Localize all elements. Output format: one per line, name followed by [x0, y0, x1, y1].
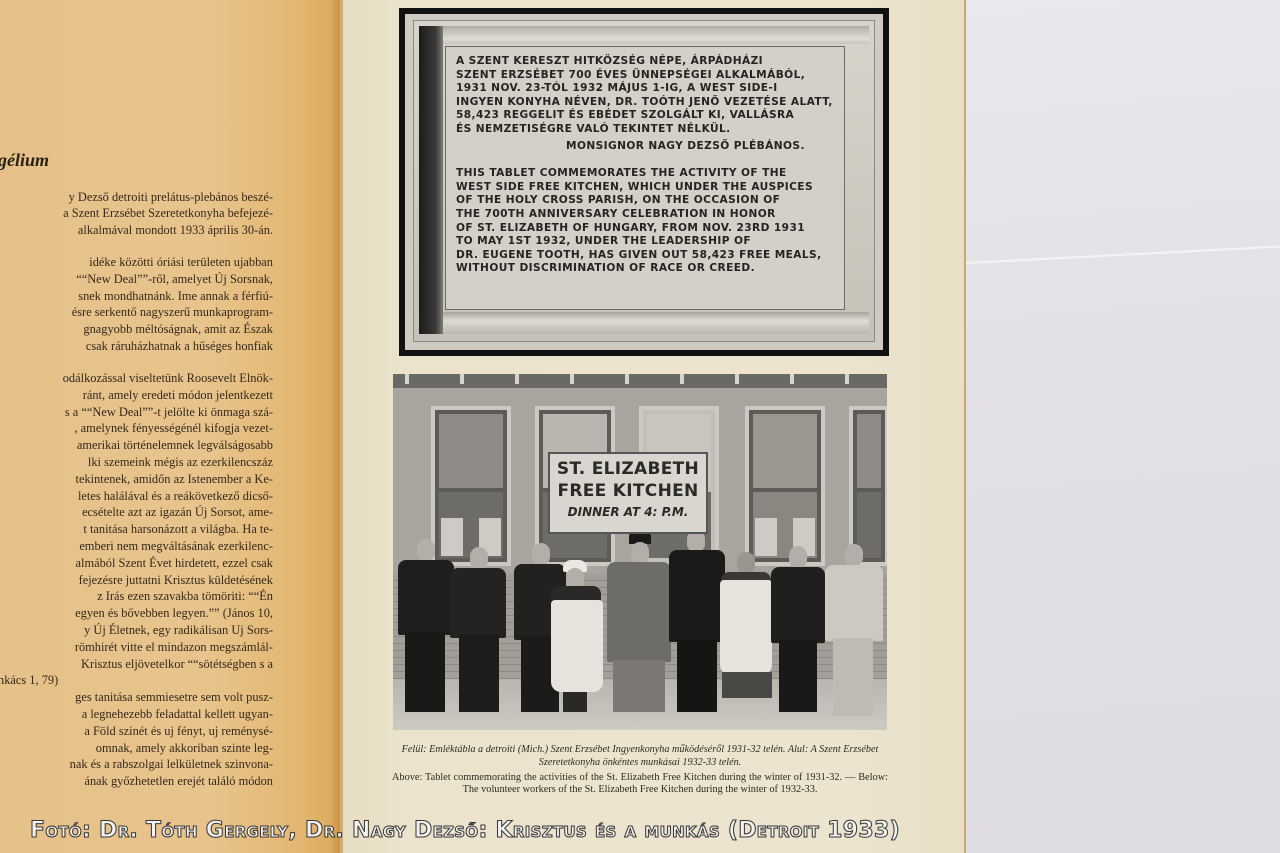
trousers	[779, 640, 817, 712]
paragraph-1: idéke közötti óriási területen ujabban “…	[0, 254, 273, 355]
window	[745, 406, 825, 566]
paper-crease	[966, 246, 1280, 264]
kitchen-sign: ST. ELIZABETH FREE KITCHEN DINNER AT 4: …	[548, 452, 708, 534]
inscription-line: OF ST. ELIZABETH OF HUNGARY, FROM NOV. 2…	[456, 222, 834, 236]
text-line: z Irás ezen szavakba tömöriti: ““Én	[0, 588, 273, 605]
text-line: , amelynek fényességénél kifogja vezet-	[0, 420, 273, 437]
text-line: gnagyobb méltóságnak, amit az Észak	[0, 321, 273, 338]
rafter	[460, 374, 464, 384]
window	[431, 406, 511, 566]
head	[417, 539, 435, 561]
window	[849, 406, 887, 566]
text-line: y Dezső detroiti prelátus-plebános beszé…	[0, 189, 273, 205]
legs	[563, 692, 587, 712]
curtain	[441, 518, 463, 556]
inscription-signature: MONSIGNOR NAGY DEZSŐ PLÉBÁNOS.	[456, 140, 834, 154]
text-line: egyen és bővebben legyen.”” (János 10,	[0, 605, 273, 622]
inscription-line: 58,423 REGGELIT ÉS EBÉDET SZOLGÁLT KI, V…	[456, 109, 834, 123]
cassock	[613, 660, 665, 712]
text-line: alkalmával mondott 1933 április 30-án.	[0, 222, 273, 238]
apron	[720, 580, 772, 675]
text-line: ának győzhetetlen erejét találó módon	[0, 773, 273, 790]
skirt	[722, 672, 772, 698]
text-line: ““New Deal””-ről, amelyet Új Sorsnak,	[0, 271, 273, 288]
text-line: a legnehezebb feladattal kellett ugyan-	[0, 706, 273, 723]
vestment	[607, 562, 671, 662]
page-edge	[332, 0, 340, 853]
text-line: ges tanitása semmiesetre sem volt pusz-	[0, 689, 273, 706]
text-line: odálkozással viseltetünk Roosevelt Elnök…	[0, 370, 273, 387]
head	[737, 552, 755, 574]
text-line: römhirét vitte el mindazon megszámlál-	[0, 639, 273, 656]
inscription-line: WITHOUT DISCRIMINATION OF RACE OR CREED.	[456, 262, 834, 276]
sign-line-1: ST. ELIZABETH	[550, 458, 706, 480]
text-line: emberi nem megváltásának ezerkilenc-	[0, 538, 273, 555]
page-gutter	[340, 0, 343, 853]
inscription-line: 1931 NOV. 23-TÓL 1932 MÁJUS 1-IG, A WEST…	[456, 82, 834, 96]
inscription-line: INGYEN KONYHA NÉVEN, DR. TOÓTH JENŐ VEZE…	[456, 96, 834, 110]
rafter	[735, 374, 739, 384]
text-line: t tanitása harsonázott a világba. Ha te-	[0, 521, 273, 538]
rafter	[570, 374, 574, 384]
inscription-line: DR. EUGENE TOOTH, HAS GIVEN OUT 58,423 F…	[456, 249, 834, 263]
trousers	[405, 632, 445, 712]
text-line: fejezésre juttatni Krisztus küldetésének	[0, 572, 273, 589]
inscription-line: THIS TABLET COMMEMORATES THE ACTIVITY OF…	[456, 167, 834, 181]
text-line: omnak, amely akkoriban szinte leg-	[0, 740, 273, 757]
text-line: letes halálával és a reákövetkező dicső-	[0, 488, 273, 505]
head	[845, 544, 863, 566]
section-heading: gélium	[0, 150, 49, 171]
text-line: idéke közötti óriási területen ujabban	[0, 254, 273, 271]
window-pane	[439, 414, 503, 488]
text-line: a Szent Erzsébet Szeretetkonyha befejezé…	[0, 205, 273, 221]
light-suit	[825, 565, 883, 641]
rafter	[515, 374, 519, 384]
sign-line-2: FREE KITCHEN	[550, 480, 706, 502]
paragraph-2: odálkozással viseltetünk Roosevelt Elnök…	[0, 370, 273, 790]
trousers	[459, 634, 499, 712]
volunteers-photograph	[393, 374, 887, 730]
roof-eave	[393, 374, 887, 388]
text-line: tekintenek, amidőn az Istenember a Ke-	[0, 471, 273, 488]
window-pane	[753, 414, 817, 488]
rafter	[790, 374, 794, 384]
spacer	[456, 153, 834, 167]
text-line: nkács 1, 79)	[0, 672, 273, 689]
head	[470, 547, 488, 569]
intro-text: y Dezső detroiti prelátus-plebános beszé…	[0, 189, 273, 238]
left-page: gélium y Dezső detroiti prelátus-plebáno…	[0, 0, 340, 853]
inscription-line: OF THE HOLY CROSS PARISH, ON THE OCCASIO…	[456, 194, 834, 208]
text-line: ránt, amely eredeti módon jelentkezett	[0, 387, 273, 404]
sign-line-3: DINNER AT 4: P.M.	[550, 502, 706, 522]
text-line: Krisztus eljövetelkor ““sötétségben s a	[0, 656, 273, 673]
inscription-line: THE 700TH ANNIVERSARY CELEBRATION IN HON…	[456, 208, 834, 222]
text-line: csak ráruházhatnak a hűséges honfiak	[0, 338, 273, 355]
text-line: ésre serkentő nagyszerű munkaprogram-	[0, 304, 273, 321]
caption-hungarian: Felül: Emléktábla a detroiti (Mich.) Sze…	[392, 744, 888, 770]
head	[631, 542, 649, 564]
text-line: nak és a rabszolgai lelkületnek szinvona…	[0, 756, 273, 773]
photo-caption: Felül: Emléktábla a detroiti (Mich.) Sze…	[392, 744, 888, 796]
text-line: y Új Életnek, egy radikálisan Uj Sors-	[0, 622, 273, 639]
rafter	[625, 374, 629, 384]
trousers	[833, 638, 873, 716]
rafter	[405, 374, 409, 384]
caption-english: Above: Tablet commemorating the activiti…	[392, 772, 888, 797]
apron	[551, 600, 603, 692]
frame-bevel	[419, 26, 869, 44]
frame-shadow	[419, 26, 443, 334]
rafter	[680, 374, 684, 384]
text-line: ecsételte azt az igazán Új Sorsot, ame-	[0, 504, 273, 521]
text-line: amerikai történelemnek legválságosabb	[0, 437, 273, 454]
suit	[771, 567, 825, 643]
tablet-frame: A SZENT KERESZT HITKÖZSÉG NÉPE, ÁRPÁDHÁZ…	[405, 14, 883, 350]
text-line: lki szemeink mégis az ezerkilencszáz	[0, 454, 273, 471]
background-surface	[966, 0, 1280, 853]
text-line: s a ““New Deal””-t jelölte ki önmaga szá…	[0, 404, 273, 421]
tablet-photograph: A SZENT KERESZT HITKÖZSÉG NÉPE, ÁRPÁDHÁZ…	[399, 8, 889, 356]
head	[789, 546, 807, 568]
inscription-line: A SZENT KERESZT HITKÖZSÉG NÉPE, ÁRPÁDHÁZ…	[456, 55, 834, 69]
text-line: snek mondhatnánk. Ime annak a férfiú-	[0, 288, 273, 305]
rafter	[845, 374, 849, 384]
curtain	[755, 518, 777, 556]
text-line: almából Szent Évet hirdetett, ezzel csak	[0, 555, 273, 572]
photo-credit: Fotó: Dr. Tóth Gergely, Dr. Nagy Dezső: …	[30, 818, 1270, 843]
suit	[450, 568, 506, 638]
text-line: a Föld szinét és uj fényt, uj reménysé-	[0, 723, 273, 740]
tablet-inscription: A SZENT KERESZT HITKÖZSÉG NÉPE, ÁRPÁDHÁZ…	[445, 46, 845, 310]
suit	[669, 550, 725, 642]
trousers	[677, 640, 717, 712]
inscription-line: SZENT ERZSÉBET 700 ÉVES ÜNNEPSÉGEI ALKAL…	[456, 69, 834, 83]
suit	[398, 560, 454, 635]
window-pane	[857, 414, 881, 488]
inscription-line: ÉS NEMZETISÉGRE VALÓ TEKINTET NÉLKÜL.	[456, 123, 834, 137]
head	[532, 543, 550, 565]
page-edge	[964, 0, 966, 853]
inscription-line: TO MAY 1ST 1932, UNDER THE LEADERSHIP OF	[456, 235, 834, 249]
inscription-line: WEST SIDE FREE KITCHEN, WHICH UNDER THE …	[456, 181, 834, 195]
frame-bevel	[419, 312, 869, 334]
